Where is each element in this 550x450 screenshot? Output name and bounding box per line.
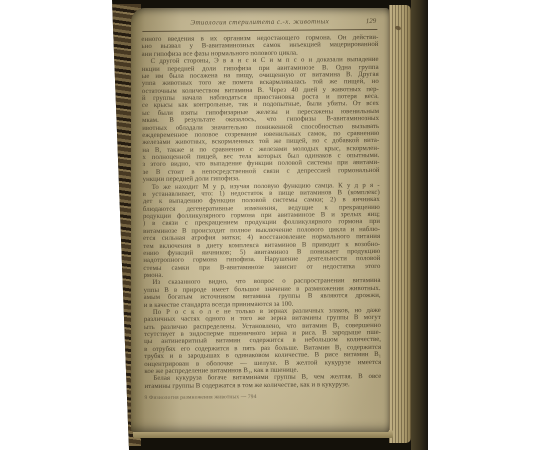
- header-rule: [142, 29, 377, 32]
- book-cover-edge: [411, 0, 428, 450]
- page-number: 129: [366, 16, 377, 26]
- running-header: Этиология стерилитета с.-х. животных 129: [141, 16, 378, 29]
- page-content: Этиология стерилитета с.-х. животных 129…: [129, 7, 391, 433]
- book-page: Этиология стерилитета с.-х. животных 129…: [131, 8, 389, 432]
- running-header-title: Этиология стерилитета с.-х. животных: [141, 16, 378, 28]
- fore-edge-pages: [389, 5, 411, 443]
- book-photo: Этиология стерилитета с.-х. животных 129…: [107, 0, 428, 450]
- screenshot-canvas: Этиология стерилитета с.-х. животных 129…: [0, 0, 550, 450]
- text-line: итамины группы В содержатся в том же кол…: [144, 381, 381, 390]
- printer-signature-line: 9 Физиология размножения животных — 794: [145, 393, 382, 401]
- page-text: енного введения в их организм недостающе…: [141, 34, 381, 390]
